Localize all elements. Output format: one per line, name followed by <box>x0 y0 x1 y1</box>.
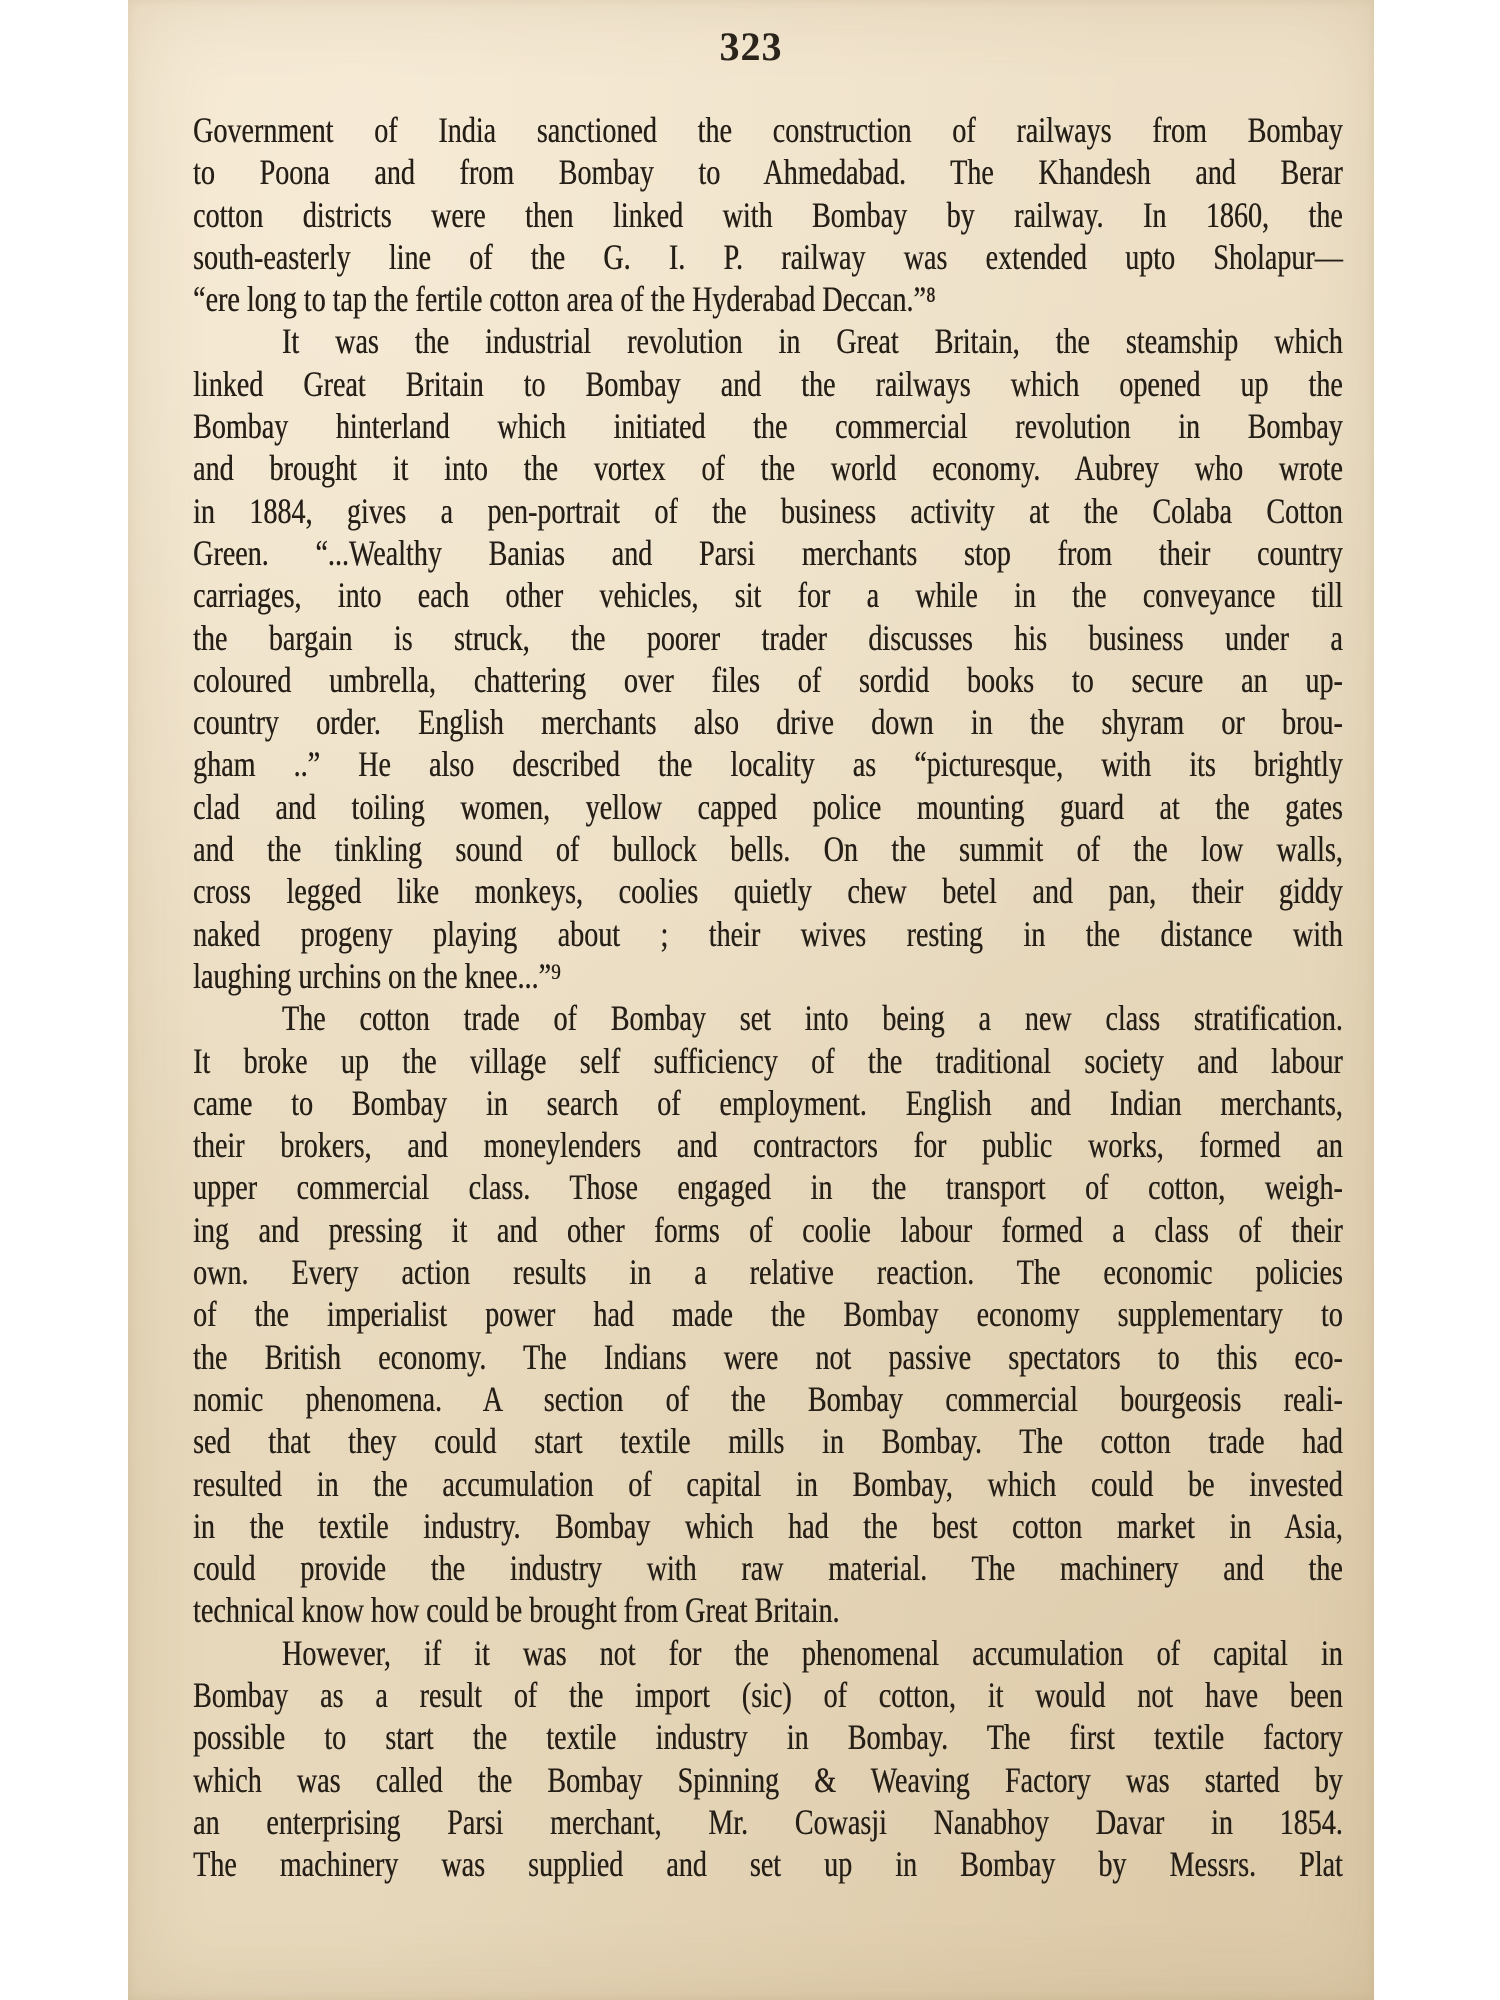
text-line: an enterprising Parsi merchant, Mr. Cowa… <box>193 1801 1343 1843</box>
text-line: gham ..” He also described the locality … <box>193 743 1343 785</box>
text-line: clad and toiling women, yellow capped po… <box>193 786 1343 828</box>
text-line: possible to start the textile industry i… <box>193 1716 1343 1758</box>
paragraph: Government of India sanctioned the const… <box>193 109 1343 320</box>
text-line: However, if it was not for the phenomena… <box>193 1632 1343 1674</box>
text-line: coloured umbrella, chattering over files… <box>193 659 1343 701</box>
text-line: naked progeny playing about ; their wive… <box>193 913 1343 955</box>
text-line: The machinery was supplied and set up in… <box>193 1843 1343 1885</box>
page-text: Government of India sanctioned the const… <box>193 109 1343 1885</box>
text-line: carriages, into each other vehicles, sit… <box>193 574 1343 616</box>
text-line: in 1884, gives a pen-portrait of the bus… <box>193 490 1343 532</box>
text-line: resulted in the accumulation of capital … <box>193 1463 1343 1505</box>
page-number: 323 <box>128 27 1374 67</box>
text-line: Bombay hinterland which initiated the co… <box>193 405 1343 447</box>
text-line: Green. “...Wealthy Banias and Parsi merc… <box>193 532 1343 574</box>
text-line: their brokers, and moneylenders and cont… <box>193 1124 1343 1166</box>
paragraph: The cotton trade of Bombay set into bein… <box>193 997 1343 1631</box>
text-line: The cotton trade of Bombay set into bein… <box>193 997 1343 1039</box>
text-line: Bombay as a result of the import (sic) o… <box>193 1674 1343 1716</box>
text-line: of the imperialist power had made the Bo… <box>193 1293 1343 1335</box>
paragraph: It was the industrial revolution in Grea… <box>193 320 1343 997</box>
text-line: came to Bombay in search of employment. … <box>193 1082 1343 1124</box>
text-line: cotton districts were then linked with B… <box>193 194 1343 236</box>
text-line: “ere long to tap the fertile cotton area… <box>193 278 1343 320</box>
text-line: which was called the Bombay Spinning & W… <box>193 1759 1343 1801</box>
text-line: the British economy. The Indians were no… <box>193 1336 1343 1378</box>
text-line: could provide the industry with raw mate… <box>193 1547 1343 1589</box>
scanned-document: 323 Government of India sanctioned the c… <box>0 0 1500 2000</box>
text-line: technical know how could be brought from… <box>193 1589 1343 1631</box>
book-page: 323 Government of India sanctioned the c… <box>128 0 1374 2000</box>
text-line: cross legged like monkeys, coolies quiet… <box>193 870 1343 912</box>
text-line: south-easterly line of the G. I. P. rail… <box>193 236 1343 278</box>
text-line: own. Every action results in a relative … <box>193 1251 1343 1293</box>
text-line: It broke up the village self sufficiency… <box>193 1040 1343 1082</box>
text-line: linked Great Britain to Bombay and the r… <box>193 363 1343 405</box>
text-line: and the tinkling sound of bullock bells.… <box>193 828 1343 870</box>
text-line: in the textile industry. Bombay which ha… <box>193 1505 1343 1547</box>
text-line: the bargain is struck, the poorer trader… <box>193 617 1343 659</box>
text-line: upper commercial class. Those engaged in… <box>193 1166 1343 1208</box>
paragraph: However, if it was not for the phenomena… <box>193 1632 1343 1886</box>
text-line: to Poona and from Bombay to Ahmedabad. T… <box>193 151 1343 193</box>
text-line: country order. English merchants also dr… <box>193 701 1343 743</box>
text-line: sed that they could start textile mills … <box>193 1420 1343 1462</box>
text-line: ing and pressing it and other forms of c… <box>193 1209 1343 1251</box>
text-line: nomic phenomena. A section of the Bombay… <box>193 1378 1343 1420</box>
text-line: It was the industrial revolution in Grea… <box>193 320 1343 362</box>
text-line: Government of India sanctioned the const… <box>193 109 1343 151</box>
text-line: and brought it into the vortex of the wo… <box>193 447 1343 489</box>
text-line: laughing urchins on the knee...”⁹ <box>193 955 1343 997</box>
